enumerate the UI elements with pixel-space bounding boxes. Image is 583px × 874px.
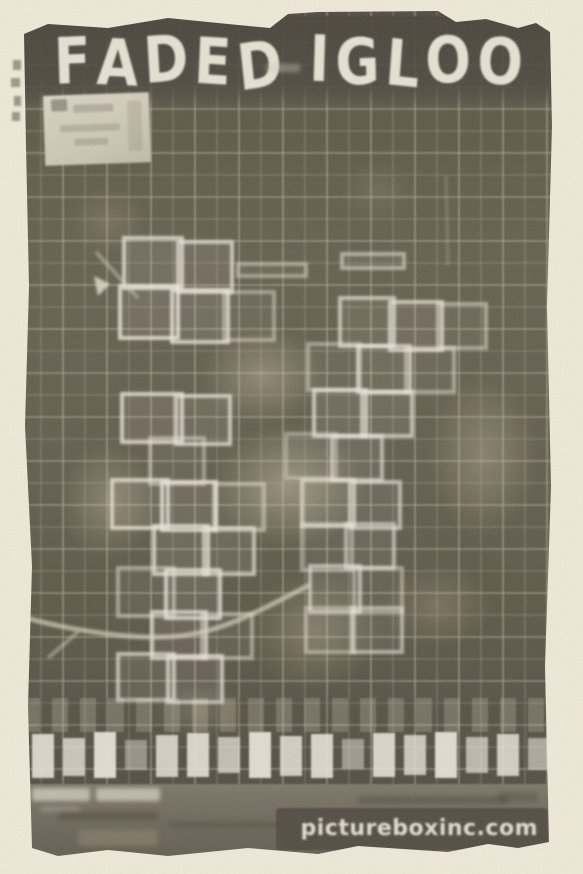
window-block xyxy=(63,738,85,776)
window-block xyxy=(218,737,240,773)
sticker-mark xyxy=(74,138,108,146)
window-block xyxy=(280,736,302,776)
poster-photo-scene: pictureboxinc.com FADEDIGLOO xyxy=(0,0,583,874)
edge-tear-mark xyxy=(13,60,21,70)
band-smudge xyxy=(78,830,158,846)
band-smudge xyxy=(358,796,508,804)
sticker-mark xyxy=(73,103,113,112)
window-block xyxy=(249,732,271,778)
window-block xyxy=(187,733,209,777)
title-letter: G xyxy=(334,22,386,104)
window-block xyxy=(311,734,333,778)
edge-tear-mark xyxy=(12,112,20,121)
title-letter: I xyxy=(308,19,336,100)
title-letter: E xyxy=(193,22,239,105)
title-letter: L xyxy=(382,23,428,107)
window-block xyxy=(435,732,457,778)
website-url: pictureboxinc.com xyxy=(300,816,538,841)
title-letter: O xyxy=(424,19,479,102)
window-block xyxy=(373,733,395,777)
light-cell-band xyxy=(24,698,552,732)
window-block xyxy=(32,734,54,778)
page: { "photo": { "title": "FADED IGLOO", "we… xyxy=(0,0,583,874)
sticker-label xyxy=(43,92,151,166)
imprint-smudge xyxy=(32,788,90,801)
sticker-mark xyxy=(127,100,143,150)
sticker-mark xyxy=(60,123,120,132)
imprint-smudge xyxy=(96,788,160,801)
title-letter: O xyxy=(475,21,530,104)
window-block xyxy=(404,735,426,775)
window-block xyxy=(497,734,519,776)
title-letter: F xyxy=(53,21,98,103)
window-block xyxy=(528,738,550,770)
window-block xyxy=(94,732,116,778)
window-block xyxy=(466,737,488,773)
poster: pictureboxinc.com FADEDIGLOO xyxy=(18,6,558,858)
window-block xyxy=(125,740,147,770)
edge-tear-mark xyxy=(14,96,21,106)
band-smudge xyxy=(498,792,538,802)
title-letter: D xyxy=(142,18,197,102)
edge-tear-mark xyxy=(11,78,20,87)
band-smudge xyxy=(58,812,158,820)
band-smudge xyxy=(168,822,288,828)
title-smear xyxy=(266,64,300,72)
window-block xyxy=(342,739,364,769)
window-block xyxy=(156,735,178,777)
website-plate: pictureboxinc.com xyxy=(276,808,548,850)
poster-artwork: pictureboxinc.com FADEDIGLOO xyxy=(18,6,558,858)
sticker-mark xyxy=(51,99,67,112)
